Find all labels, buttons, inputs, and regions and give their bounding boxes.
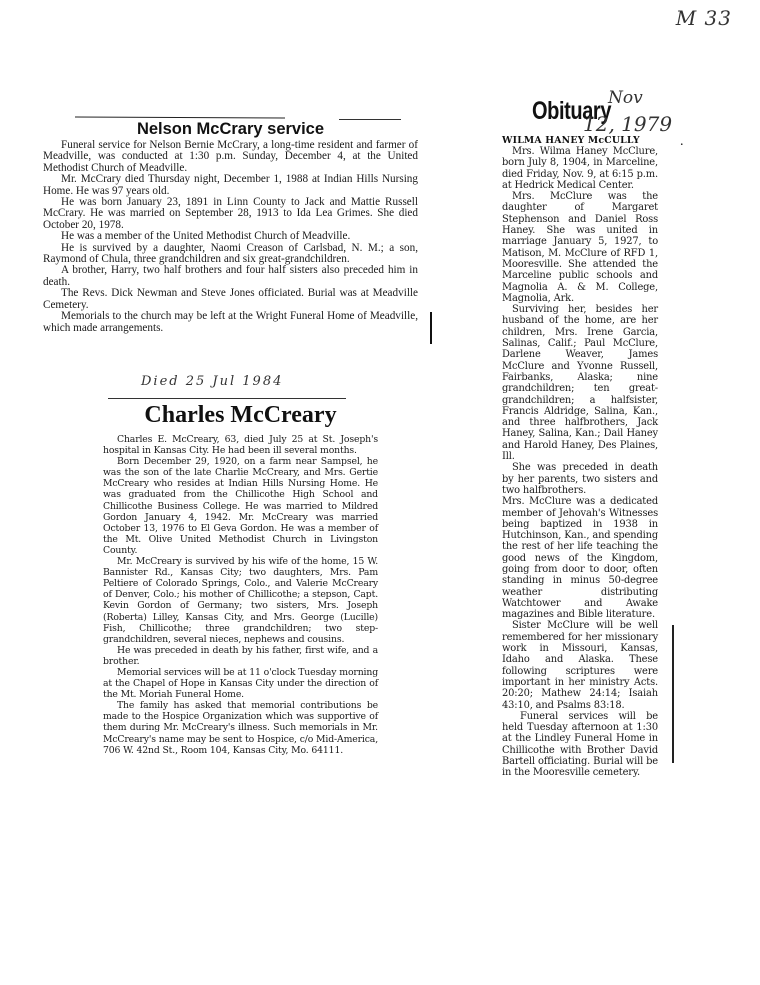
nelson-paragraph: Memorials to the church may be left at t… <box>43 311 418 334</box>
clipping-edge-mark <box>430 312 432 344</box>
charles-paragraph: He was preceded in death by his father, … <box>103 645 378 667</box>
wilma-mccully-article: WILMA HANEY McCULLY Mrs. Wilma Haney McC… <box>502 135 658 779</box>
nelson-paragraph: He was a member of the United Methodist … <box>43 231 418 242</box>
wilma-paragraph: She was preceded in death by her parents… <box>502 462 658 496</box>
wilma-paragraph: Mrs. Wilma Haney McClure, born July 8, 1… <box>502 146 658 191</box>
nelson-paragraph: A brother, Harry, two half brothers and … <box>43 265 418 288</box>
handwritten-date-month: Nov <box>608 88 643 108</box>
nelson-mccrary-article: Nelson McCrary service Funeral service f… <box>43 117 418 334</box>
nelson-paragraph: Funeral service for Nelson Bernie McCrar… <box>43 140 418 174</box>
wilma-paragraph: Funeral services will be held Tuesday af… <box>502 711 658 779</box>
nelson-paragraph: The Revs. Dick Newman and Steve Jones of… <box>43 288 418 311</box>
clipping-edge-mark <box>672 625 674 763</box>
charles-headline: Charles McCreary <box>103 402 378 429</box>
handwritten-death-date: Died 25 Jul 1984 <box>141 374 283 389</box>
charles-paragraph: The family has asked that memorial contr… <box>103 700 378 755</box>
nelson-body: Funeral service for Nelson Bernie McCrar… <box>43 140 418 334</box>
nelson-paragraph: He was born January 23, 1891 in Linn Cou… <box>43 197 418 231</box>
headline-rule <box>108 398 346 399</box>
stray-mark: . <box>680 134 684 150</box>
wilma-paragraph: Sister McClure will be well remembered f… <box>502 620 658 710</box>
wilma-body: Mrs. Wilma Haney McClure, born July 8, 1… <box>502 146 658 779</box>
charles-paragraph: Mr. McCreary is survived by his wife of … <box>103 556 378 645</box>
wilma-paragraph: Mrs. McClure was a dedicated member of J… <box>502 496 658 620</box>
nelson-paragraph: He is survived by a daughter, Naomi Crea… <box>43 243 418 266</box>
charles-paragraph: Charles E. McCreary, 63, died July 25 at… <box>103 434 378 456</box>
charles-paragraph: Born December 29, 1920, on a farm near S… <box>103 456 378 556</box>
handwritten-page-number: M 33 <box>676 6 732 30</box>
wilma-paragraph: Surviving her, besides her husband of th… <box>502 304 658 462</box>
wilma-name-heading: WILMA HANEY McCULLY <box>502 135 658 146</box>
charles-paragraph: Memorial services will be at 11 o'clock … <box>103 667 378 700</box>
charles-mccreary-article: Charles McCreary Charles E. McCreary, 63… <box>103 402 378 756</box>
nelson-headline: Nelson McCrary service <box>43 117 418 139</box>
headline-rule <box>339 119 401 120</box>
charles-body: Charles E. McCreary, 63, died July 25 at… <box>103 434 378 756</box>
wilma-paragraph: Mrs. McClure was the daughter of Margare… <box>502 191 658 304</box>
nelson-paragraph: Mr. McCrary died Thursday night, Decembe… <box>43 174 418 197</box>
handwritten-date-day-year: 12, 1979 <box>583 112 672 136</box>
